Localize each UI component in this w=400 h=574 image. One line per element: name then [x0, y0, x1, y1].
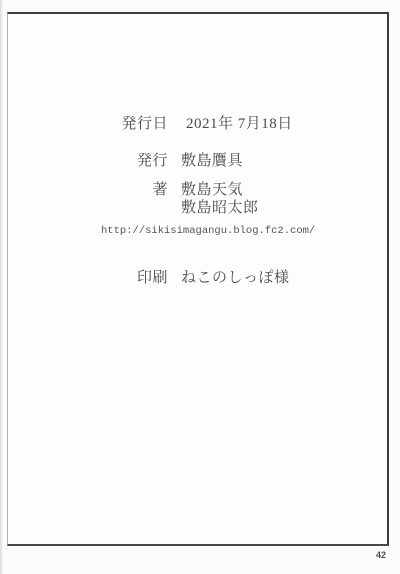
printer-value: ねこのしっぽ様 [181, 271, 290, 286]
colophon-page: 発行日 2021年 7月18日 発行 敷島贋具 著 敷島天気 敷島昭太郎 htt… [0, 0, 400, 574]
page-number: 42 [376, 550, 386, 560]
printer-label: 印刷 [40, 271, 168, 286]
author-name-2: 敷島昭太郎 [181, 201, 259, 216]
author-label: 著 [40, 183, 168, 198]
publisher-value: 敷島贋具 [181, 154, 243, 169]
website-url: http://sikisimagangu.blog.fc2.com/ [101, 226, 315, 237]
publication-date-value: 2021年 7月18日 [186, 117, 293, 132]
publication-date-label: 発行日 [40, 117, 168, 132]
scan-edge-shadow [0, 0, 3, 574]
publisher-label: 発行 [40, 154, 168, 169]
author-name-1: 敷島天気 [181, 183, 243, 198]
